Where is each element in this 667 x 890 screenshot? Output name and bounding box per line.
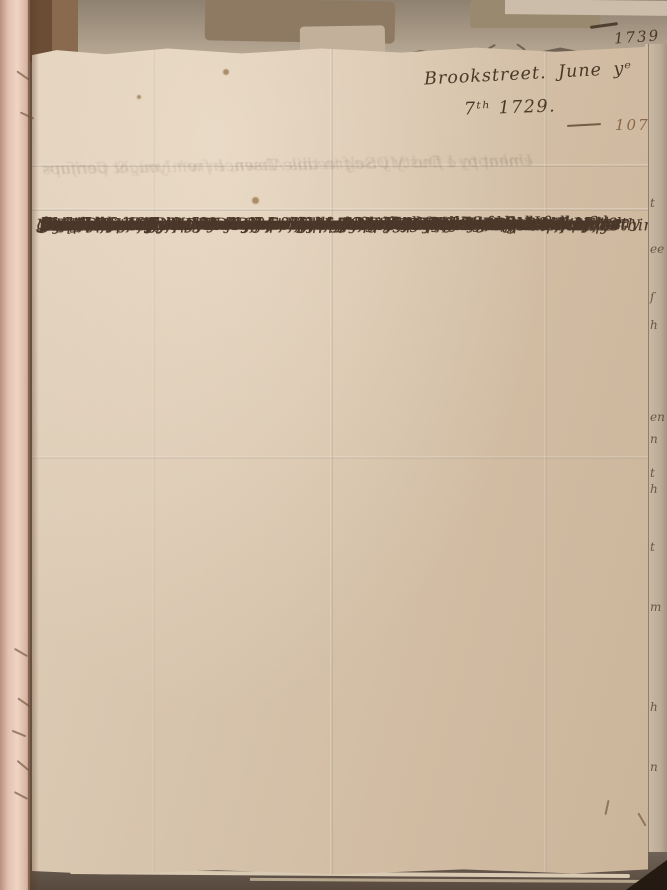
archive-page-number: 107 bbox=[615, 116, 648, 134]
edge-text-fragment: n bbox=[650, 760, 658, 774]
edge-text-fragment: n bbox=[650, 432, 658, 446]
letter-place-date-line1: Brookstreet. June yᵉ bbox=[423, 59, 632, 90]
fold-crease bbox=[544, 46, 547, 876]
edge-text-fragment: ſ bbox=[650, 290, 654, 304]
edge-text-fragment: h bbox=[650, 700, 658, 714]
edge-text-fragment: ee bbox=[650, 242, 664, 256]
edge-text-fragment: t bbox=[650, 466, 655, 480]
date-underline-stroke bbox=[567, 123, 601, 127]
binding-gutter-edge bbox=[52, 0, 78, 54]
bleedthrough-line: ement to a Dusty Disagreeable Town, In w… bbox=[42, 146, 534, 184]
edge-text-fragment: t bbox=[650, 540, 655, 554]
letter-page: Unhappy I find My Self in this Absence f… bbox=[32, 46, 648, 876]
fold-crease bbox=[32, 456, 648, 459]
edge-text-fragment: en bbox=[650, 410, 665, 424]
foxing-spot bbox=[137, 95, 141, 99]
manuscript-photo: 1739 teeſhennthtmhn Unhappy I find My Se… bbox=[0, 0, 667, 890]
page-edge-line bbox=[648, 44, 649, 880]
paper-edge-strip bbox=[505, 0, 667, 16]
ghost-date-text: 1739 bbox=[613, 26, 660, 47]
edge-text-fragment: h bbox=[650, 482, 658, 496]
foxing-spot bbox=[252, 197, 259, 204]
letter-place-date-line2: 7ᵗʰ 1729. bbox=[463, 96, 556, 119]
foxing-spot bbox=[223, 69, 229, 75]
handwritten-line: My Self, I think it now time to begin to… bbox=[36, 209, 553, 240]
edge-text-fragment: t bbox=[650, 196, 655, 210]
edge-text-fragment: h bbox=[650, 318, 658, 332]
page-curl-shadow bbox=[28, 0, 39, 890]
next-page-sliver: teeſhennthtmhn bbox=[645, 44, 667, 880]
page-curl bbox=[0, 0, 30, 890]
edge-text-fragment: m bbox=[650, 600, 661, 614]
